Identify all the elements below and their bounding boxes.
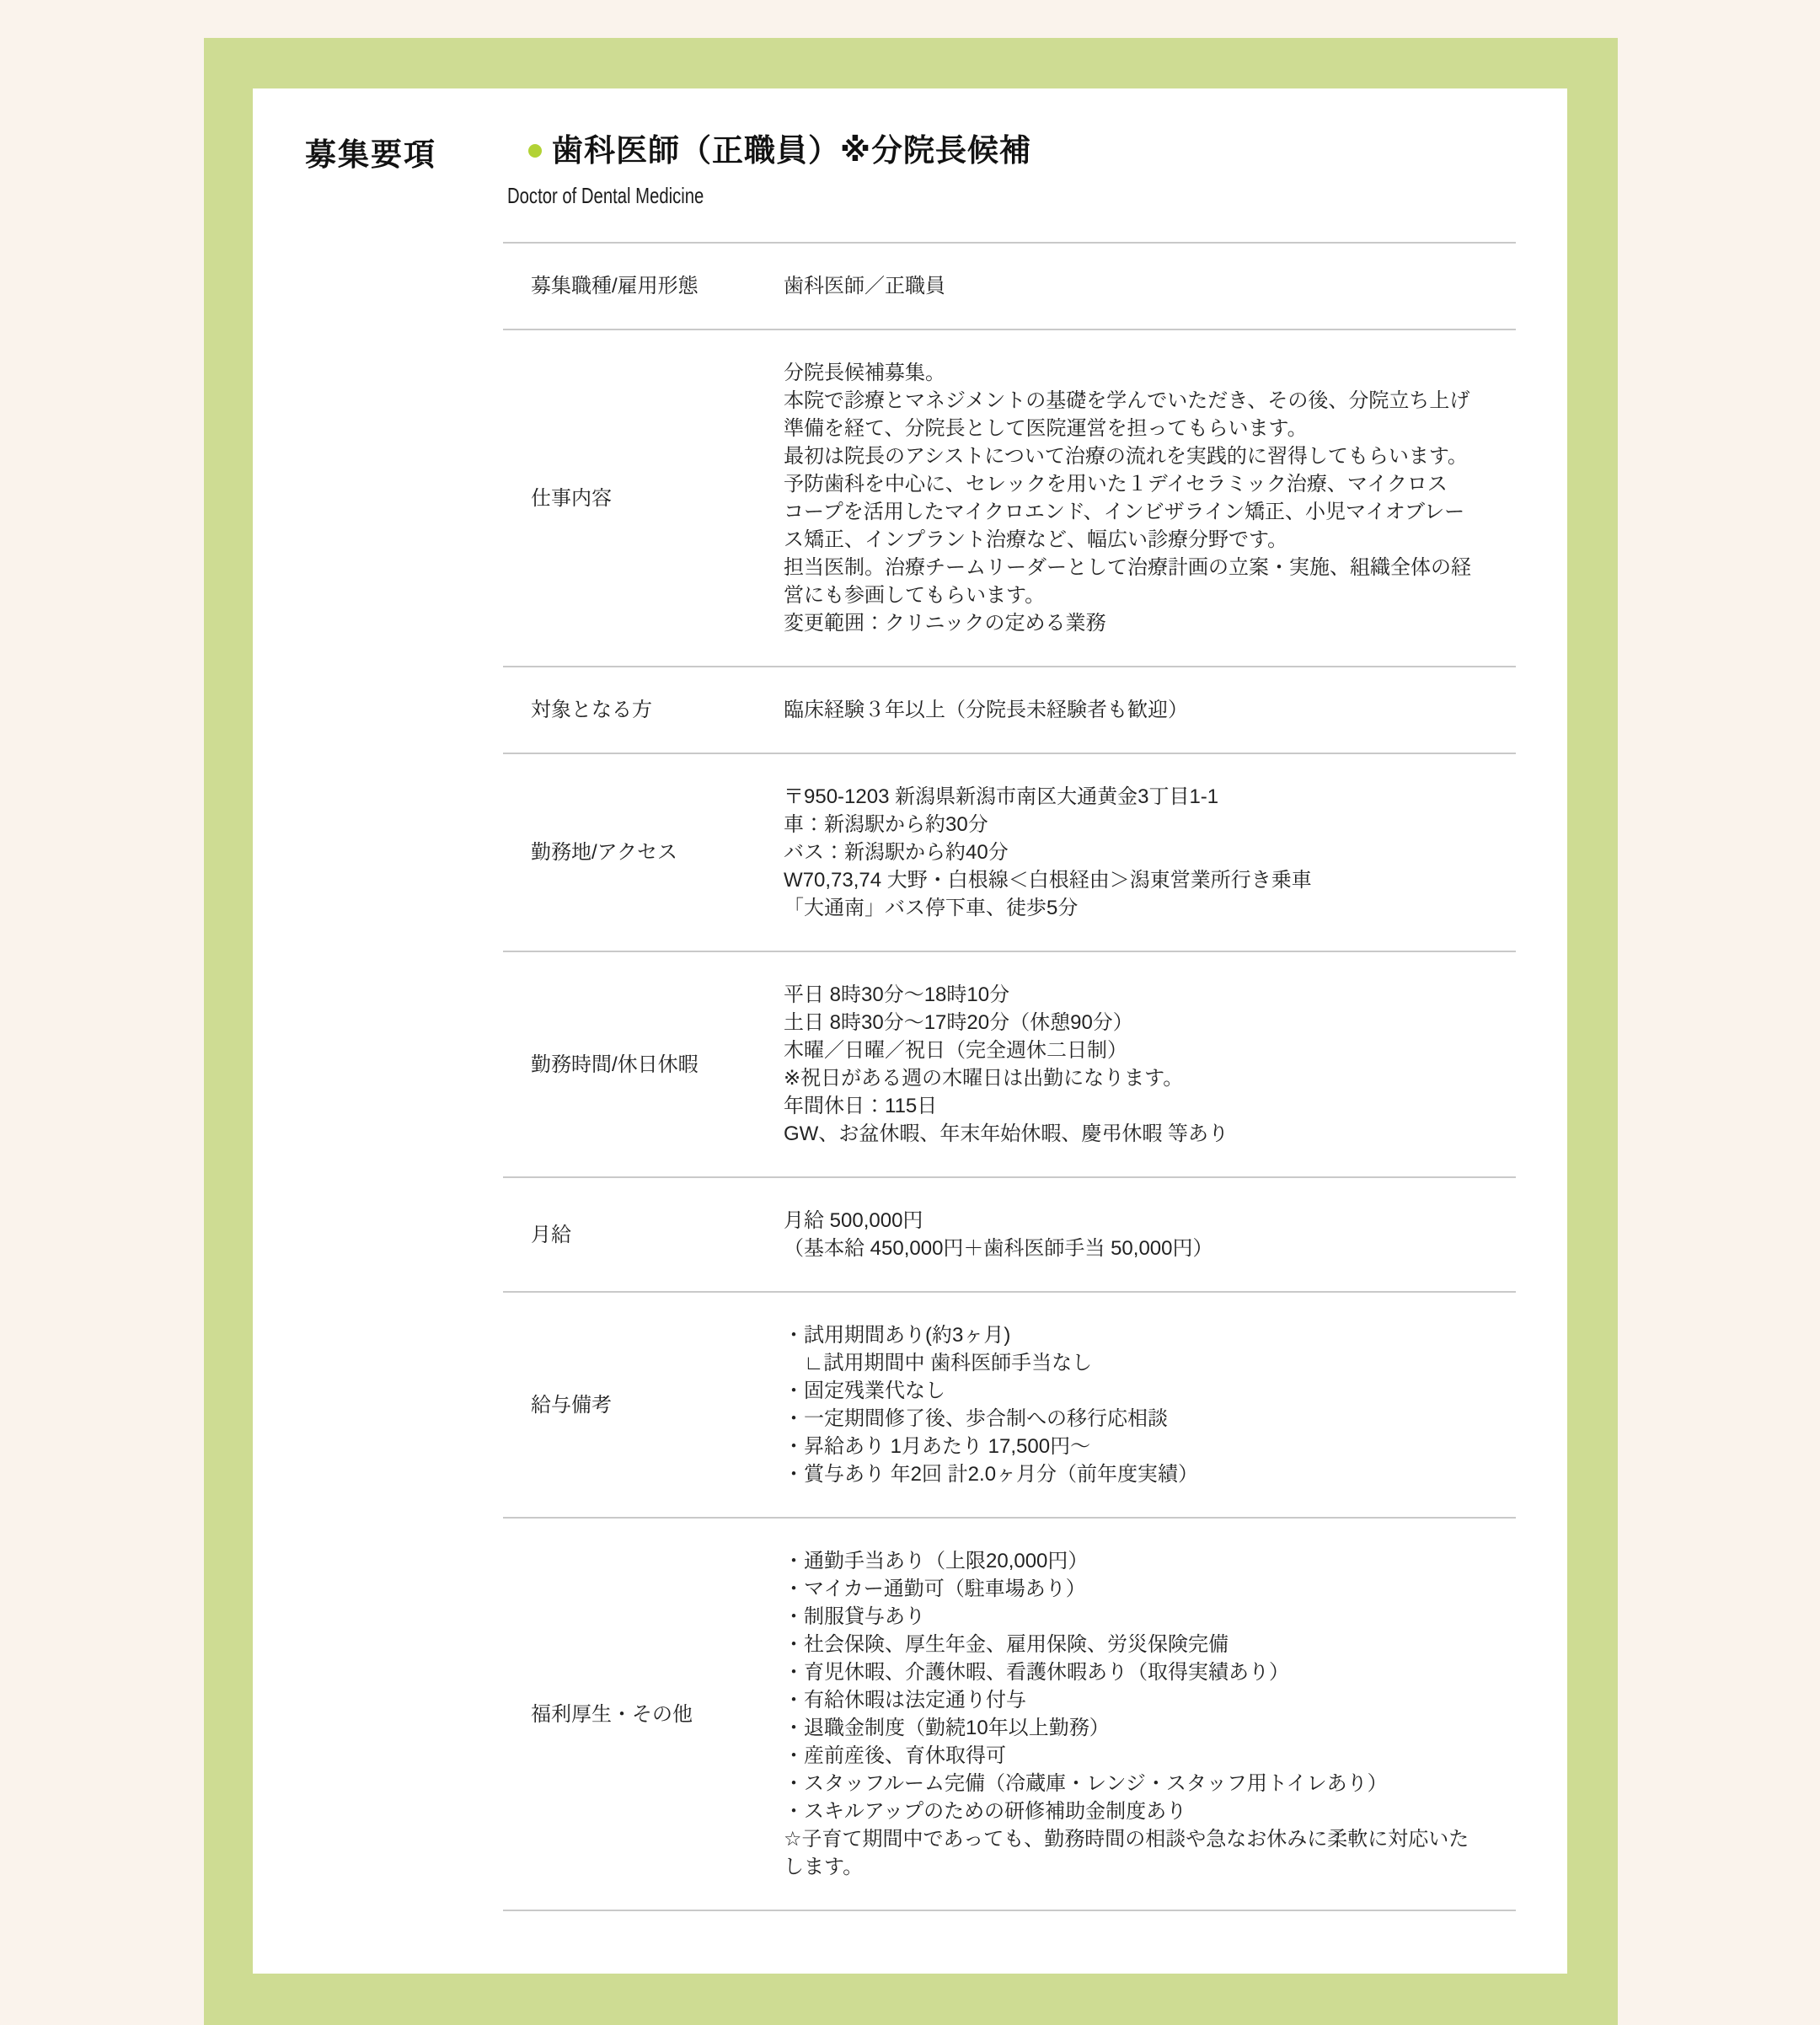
row-value-salary-notes: ・試用期間あり(約3ヶ月) ∟試用期間中 歯科医師手当なし ・固定残業代なし ・… bbox=[784, 1321, 1516, 1488]
row-value-location-access: 〒950-1203 新潟県新潟市南区大通黄金3丁目1-1 車：新潟駅から約30分… bbox=[784, 783, 1516, 922]
row-label-job-type: 募集職種/雇用形態 bbox=[503, 272, 784, 300]
section-title: 募集要項 bbox=[305, 137, 436, 174]
row-label-benefits: 福利厚生・その他 bbox=[503, 1701, 784, 1728]
table-row-benefits: 福利厚生・その他 ・通勤手当あり（上限20,000円） ・マイカー通勤可（駐車場… bbox=[503, 1517, 1516, 1911]
page-background: { "section_title": "募集要項", "job": { "tit… bbox=[0, 0, 1820, 2025]
row-value-monthly-salary: 月給 500,000円 （基本給 450,000円＋歯科医師手当 50,000円… bbox=[784, 1207, 1516, 1262]
row-label-job-description: 仕事内容 bbox=[503, 485, 784, 512]
green-frame: 募集要項 歯科医師（正職員）※分院長候補 Doctor of Dental Me… bbox=[204, 38, 1618, 2025]
row-label-target-applicants: 対象となる方 bbox=[503, 696, 784, 724]
table-row-location-access: 勤務地/アクセス 〒950-1203 新潟県新潟市南区大通黄金3丁目1-1 車：… bbox=[503, 753, 1516, 951]
row-label-location-access: 勤務地/アクセス bbox=[503, 838, 784, 866]
job-title-row: 歯科医師（正職員）※分院長候補 bbox=[528, 132, 1516, 169]
table-row-job-type: 募集職種/雇用形態 歯科医師／正職員 bbox=[503, 242, 1516, 329]
job-title-bullet-icon bbox=[528, 144, 542, 158]
job-subtitle: Doctor of Dental Medicine bbox=[507, 183, 1294, 209]
table-row-salary-notes: 給与備考 ・試用期間あり(約3ヶ月) ∟試用期間中 歯科医師手当なし ・固定残業… bbox=[503, 1291, 1516, 1517]
row-label-salary-notes: 給与備考 bbox=[503, 1391, 784, 1419]
table-row-target-applicants: 対象となる方 臨床経験３年以上（分院長未経験者も歓迎） bbox=[503, 666, 1516, 753]
row-value-target-applicants: 臨床経験３年以上（分院長未経験者も歓迎） bbox=[784, 696, 1516, 724]
row-value-job-type: 歯科医師／正職員 bbox=[784, 272, 1516, 300]
content-sheet: 募集要項 歯科医師（正職員）※分院長候補 Doctor of Dental Me… bbox=[253, 88, 1567, 1974]
table-row-working-hours: 勤務時間/休日休暇 平日 8時30分〜18時10分 土日 8時30分〜17時20… bbox=[503, 951, 1516, 1176]
row-value-benefits: ・通勤手当あり（上限20,000円） ・マイカー通勤可（駐車場あり） ・制服貸与… bbox=[784, 1547, 1516, 1881]
job-header: 歯科医師（正職員）※分院長候補 Doctor of Dental Medicin… bbox=[503, 132, 1516, 209]
job-details-table: 募集職種/雇用形態 歯科医師／正職員 仕事内容 分院長候補募集。 本院で診療とマ… bbox=[503, 242, 1516, 1911]
row-value-working-hours: 平日 8時30分〜18時10分 土日 8時30分〜17時20分（休憩90分） 木… bbox=[784, 981, 1516, 1148]
table-row-job-description: 仕事内容 分院長候補募集。 本院で診療とマネジメントの基礎を学んでいただき、その… bbox=[503, 329, 1516, 666]
table-row-monthly-salary: 月給 月給 500,000円 （基本給 450,000円＋歯科医師手当 50,0… bbox=[503, 1176, 1516, 1291]
row-label-monthly-salary: 月給 bbox=[503, 1221, 784, 1249]
row-label-working-hours: 勤務時間/休日休暇 bbox=[503, 1051, 784, 1079]
row-value-job-description: 分院長候補募集。 本院で診療とマネジメントの基礎を学んでいただき、その後、分院立… bbox=[784, 359, 1516, 637]
job-title: 歯科医師（正職員）※分院長候補 bbox=[552, 132, 1031, 169]
